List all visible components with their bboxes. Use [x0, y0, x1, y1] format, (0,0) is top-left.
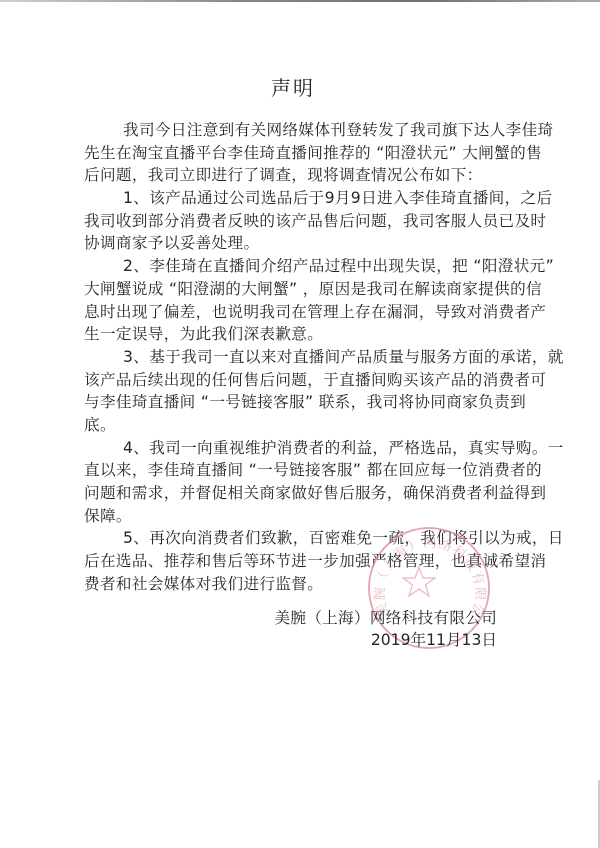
paragraph-line: 费者和社会媒体对我们进行监督。 [84, 573, 496, 596]
paragraph-line: 我司收到部分消费者反映的该产品售后问题，我司客服人员已及时 [84, 210, 496, 233]
document-title: 声明 [0, 72, 586, 101]
paragraph-line: 先生在淘宝直播平台李佳琦直播间推荐的 “阳澄状元” 大闸蟹的售 [84, 142, 496, 165]
paragraph-line: 1、该产品通过公司选品后于9月9日进入李佳琦直播间，之后 [84, 187, 496, 210]
paragraph-line: 与李佳琦直播间 “一号链接客服” 联系，我司将协同商家负责到 [84, 391, 496, 414]
paragraph-line: 后问题，我司立即进行了调查，现将调查情况公布如下： [84, 164, 496, 187]
paragraph-line: 大闸蟹说成 “阳澄湖的大闸蟹” ，原因是我司在解读商家提供的信 [84, 278, 496, 301]
page-top-edge [0, 0, 600, 2]
paragraph-line: 保障。 [84, 505, 496, 528]
paragraph-line: 后在选品、推荐和售后等环节进一步加强严格管理，也真诚希望消 [84, 550, 496, 573]
paragraph-line: 我司今日注意到有关网络媒体刊登转发了我司旗下达人李佳琦 [84, 119, 496, 142]
document-body: 我司今日注意到有关网络媒体刊登转发了我司旗下达人李佳琦 先生在淘宝直播平台李佳琦… [84, 119, 496, 595]
paragraph-line: 协调商家予以妥善处理。 [84, 232, 496, 255]
paragraph-line: 直以来，李佳琦直播间 “一号链接客服” 都在回应每一位消费者的 [84, 459, 496, 482]
company-signature: 美腕（上海）网络科技有限公司 [274, 607, 497, 629]
paragraph-line: 问题和需求，并督促相关商家做好售后服务，确保消费者利益得到 [84, 482, 496, 505]
paragraph-line: 4、我司一向重视维护消费者的利益，严格选品，真实导购。一 [84, 437, 496, 460]
paragraph-line: 5、再次向消费者们致歉，百密难免一疏，我们将引以为戒，日 [84, 527, 496, 550]
paragraph-line: 该产品后续出现的任何售后问题，于直播间购买该产品的消费者可 [84, 369, 496, 392]
paragraph-line: 底。 [84, 414, 496, 437]
paragraph-line: 生一定误导，为此我们深表歉意。 [84, 323, 496, 346]
paragraph-line: 2、李佳琦在直播间介绍产品过程中出现失误，把 “阳澄状元” [84, 255, 496, 278]
document-date: 2019年11月13日 [371, 629, 497, 651]
paragraph-line: 3、基于我司一直以来对直播间产品质量与服务方面的承诺，就 [84, 346, 496, 369]
paragraph-line: 息时出现了偏差，也说明我司在管理上存在漏洞，导致对消费者产 [84, 301, 496, 324]
